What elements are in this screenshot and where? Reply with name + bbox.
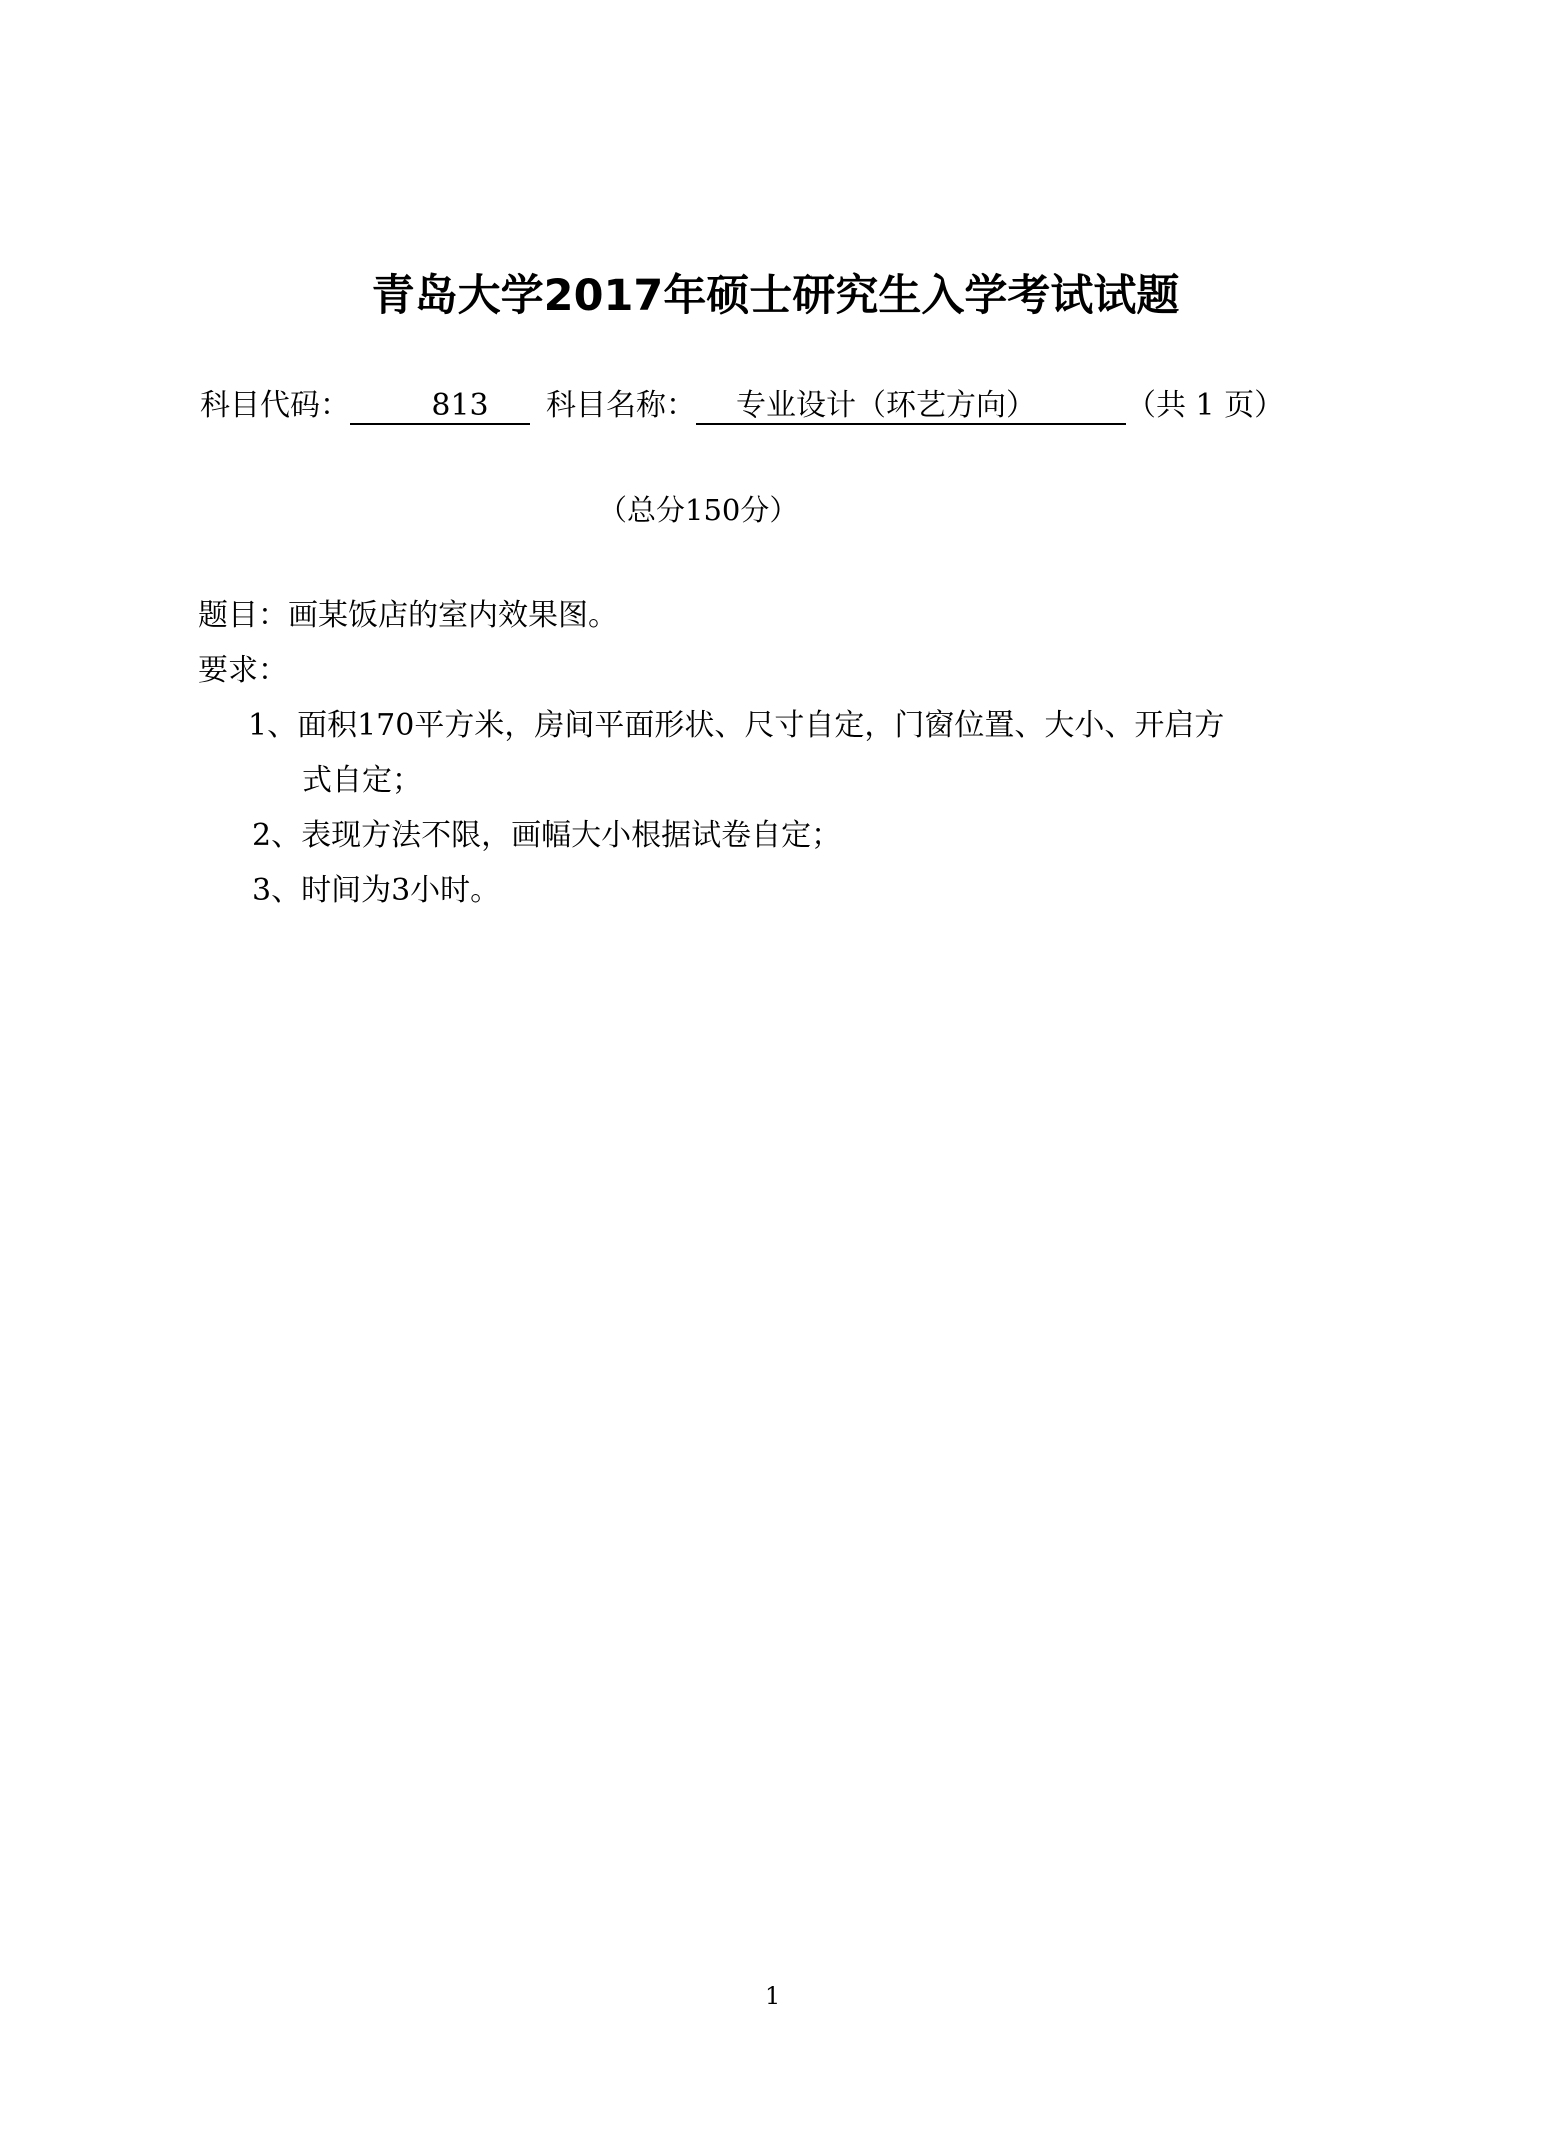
subject-name-value: 专业设计（环艺方向）: [696, 389, 1126, 425]
exam-title: 青岛大学2017年硕士研究生入学考试试题: [0, 262, 1551, 323]
requirements-label: 要求：: [198, 645, 288, 689]
question-text: 题目：画某饭店的室内效果图。: [198, 590, 618, 634]
requirement-1-line2: 式自定；: [302, 755, 422, 799]
subject-code-label: 科目代码：: [200, 380, 350, 424]
subject-name-label: 科目名称：: [546, 380, 696, 424]
subject-code-value: 813: [350, 389, 530, 425]
page-number: 1: [765, 1982, 780, 2010]
total-score: （总分150分）: [598, 488, 798, 529]
requirement-3: 3、时间为3小时。: [252, 865, 500, 909]
requirement-2: 2、表现方法不限，画幅大小根据试卷自定；: [252, 810, 841, 854]
requirement-1-line1: 1、面积170平方米，房间平面形状、尺寸自定，门窗位置、大小、开启方: [248, 700, 1224, 744]
page-count: （共 1 页）: [1126, 380, 1284, 424]
subject-info: 科目代码： 813 科目名称： 专业设计（环艺方向） （共 1 页）: [200, 380, 1284, 425]
